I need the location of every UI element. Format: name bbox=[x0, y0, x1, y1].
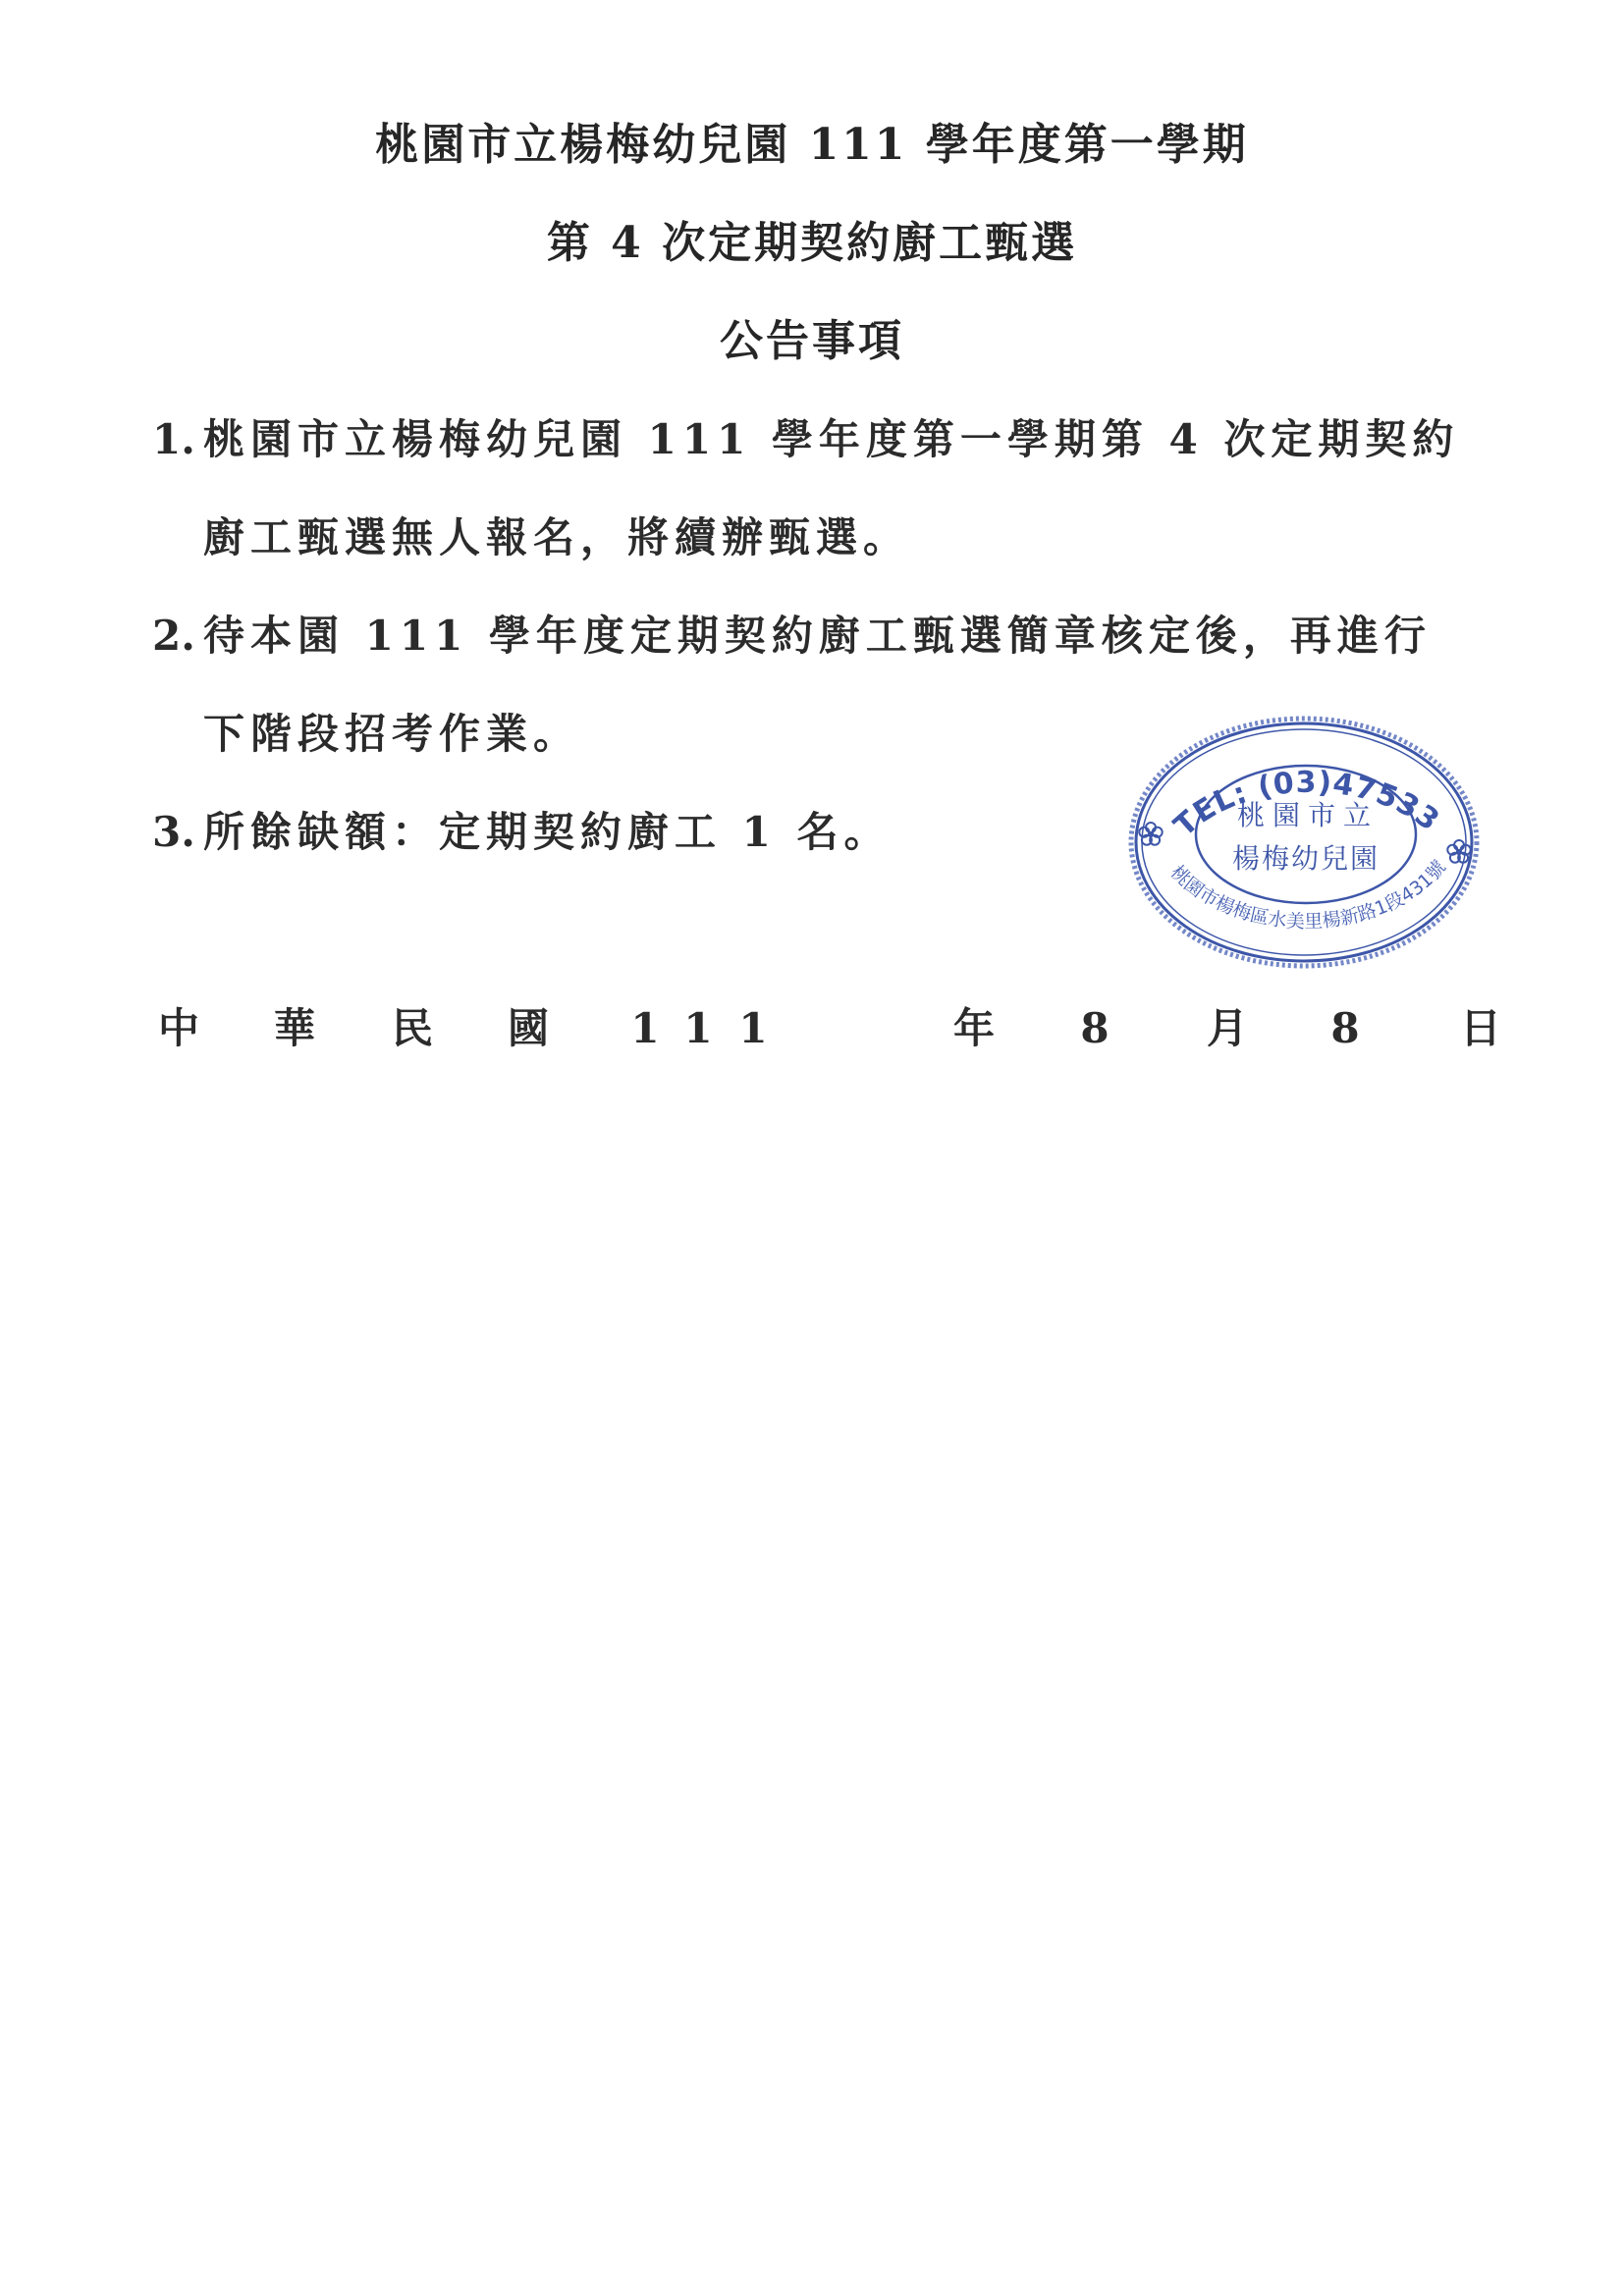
announcement-item-2-continued: 下階段招考作業。 bbox=[203, 709, 580, 760]
document-page: 桃園市立楊梅幼兒園 111 學年度第一學期 第 4 次定期契約廚工甄選 公告事項… bbox=[0, 0, 1624, 2296]
date-char: 中 bbox=[149, 999, 208, 1058]
document-date: 中 華 民 國 1 1 1 年 8 月 8 日 bbox=[0, 999, 1624, 1058]
date-year-digit: 1 bbox=[724, 999, 783, 1058]
stamp-center-line-2: 楊梅幼兒園 bbox=[1232, 842, 1380, 875]
document-title-recruitment: 第 4 次定期契約廚工甄選 bbox=[0, 218, 1624, 269]
date-char: 月 bbox=[1198, 999, 1257, 1058]
date-char: 日 bbox=[1451, 999, 1510, 1058]
announcement-item-1-continued: 廚工甄選無人報名，將續辦甄選。 bbox=[203, 512, 910, 563]
item-number: 3. bbox=[152, 807, 203, 858]
stamp-center-line-1: 桃園市立 bbox=[1237, 799, 1379, 831]
announcement-item-2: 2.待本園 111 學年度定期契約廚工甄選簡章核定後，再進行 bbox=[152, 611, 1432, 662]
item-number: 2. bbox=[152, 611, 203, 662]
announcement-item-1: 1.桃園市立楊梅幼兒園 111 學年度第一學期第 4 次定期契約 bbox=[152, 414, 1459, 465]
item-text: 桃園市立楊梅幼兒園 111 學年度第一學期第 4 次定期契約 bbox=[203, 415, 1459, 463]
plum-blossom-icon bbox=[1447, 840, 1470, 863]
item-number: 1. bbox=[152, 414, 203, 465]
date-year-digit: 1 bbox=[669, 999, 728, 1058]
date-month: 8 bbox=[1065, 999, 1124, 1058]
date-char: 年 bbox=[945, 999, 1003, 1058]
date-char: 國 bbox=[499, 999, 558, 1058]
document-title-school-term: 桃園市立楊梅幼兒園 111 學年度第一學期 bbox=[0, 120, 1624, 171]
date-year-digit: 1 bbox=[616, 999, 675, 1058]
official-seal-stamp: TEL: (03)4753312 桃園市立 楊梅幼兒園 桃園市楊梅區水美里楊新路… bbox=[1119, 709, 1483, 974]
document-title-announcement: 公告事項 bbox=[0, 316, 1624, 367]
item-text: 所餘缺額：定期契約廚工 1 名。 bbox=[203, 808, 891, 856]
date-char: 民 bbox=[383, 999, 442, 1058]
date-day: 8 bbox=[1316, 999, 1375, 1058]
date-char: 華 bbox=[265, 999, 324, 1058]
item-text: 待本園 111 學年度定期契約廚工甄選簡章核定後，再進行 bbox=[203, 612, 1432, 660]
announcement-item-3: 3.所餘缺額：定期契約廚工 1 名。 bbox=[152, 807, 891, 858]
